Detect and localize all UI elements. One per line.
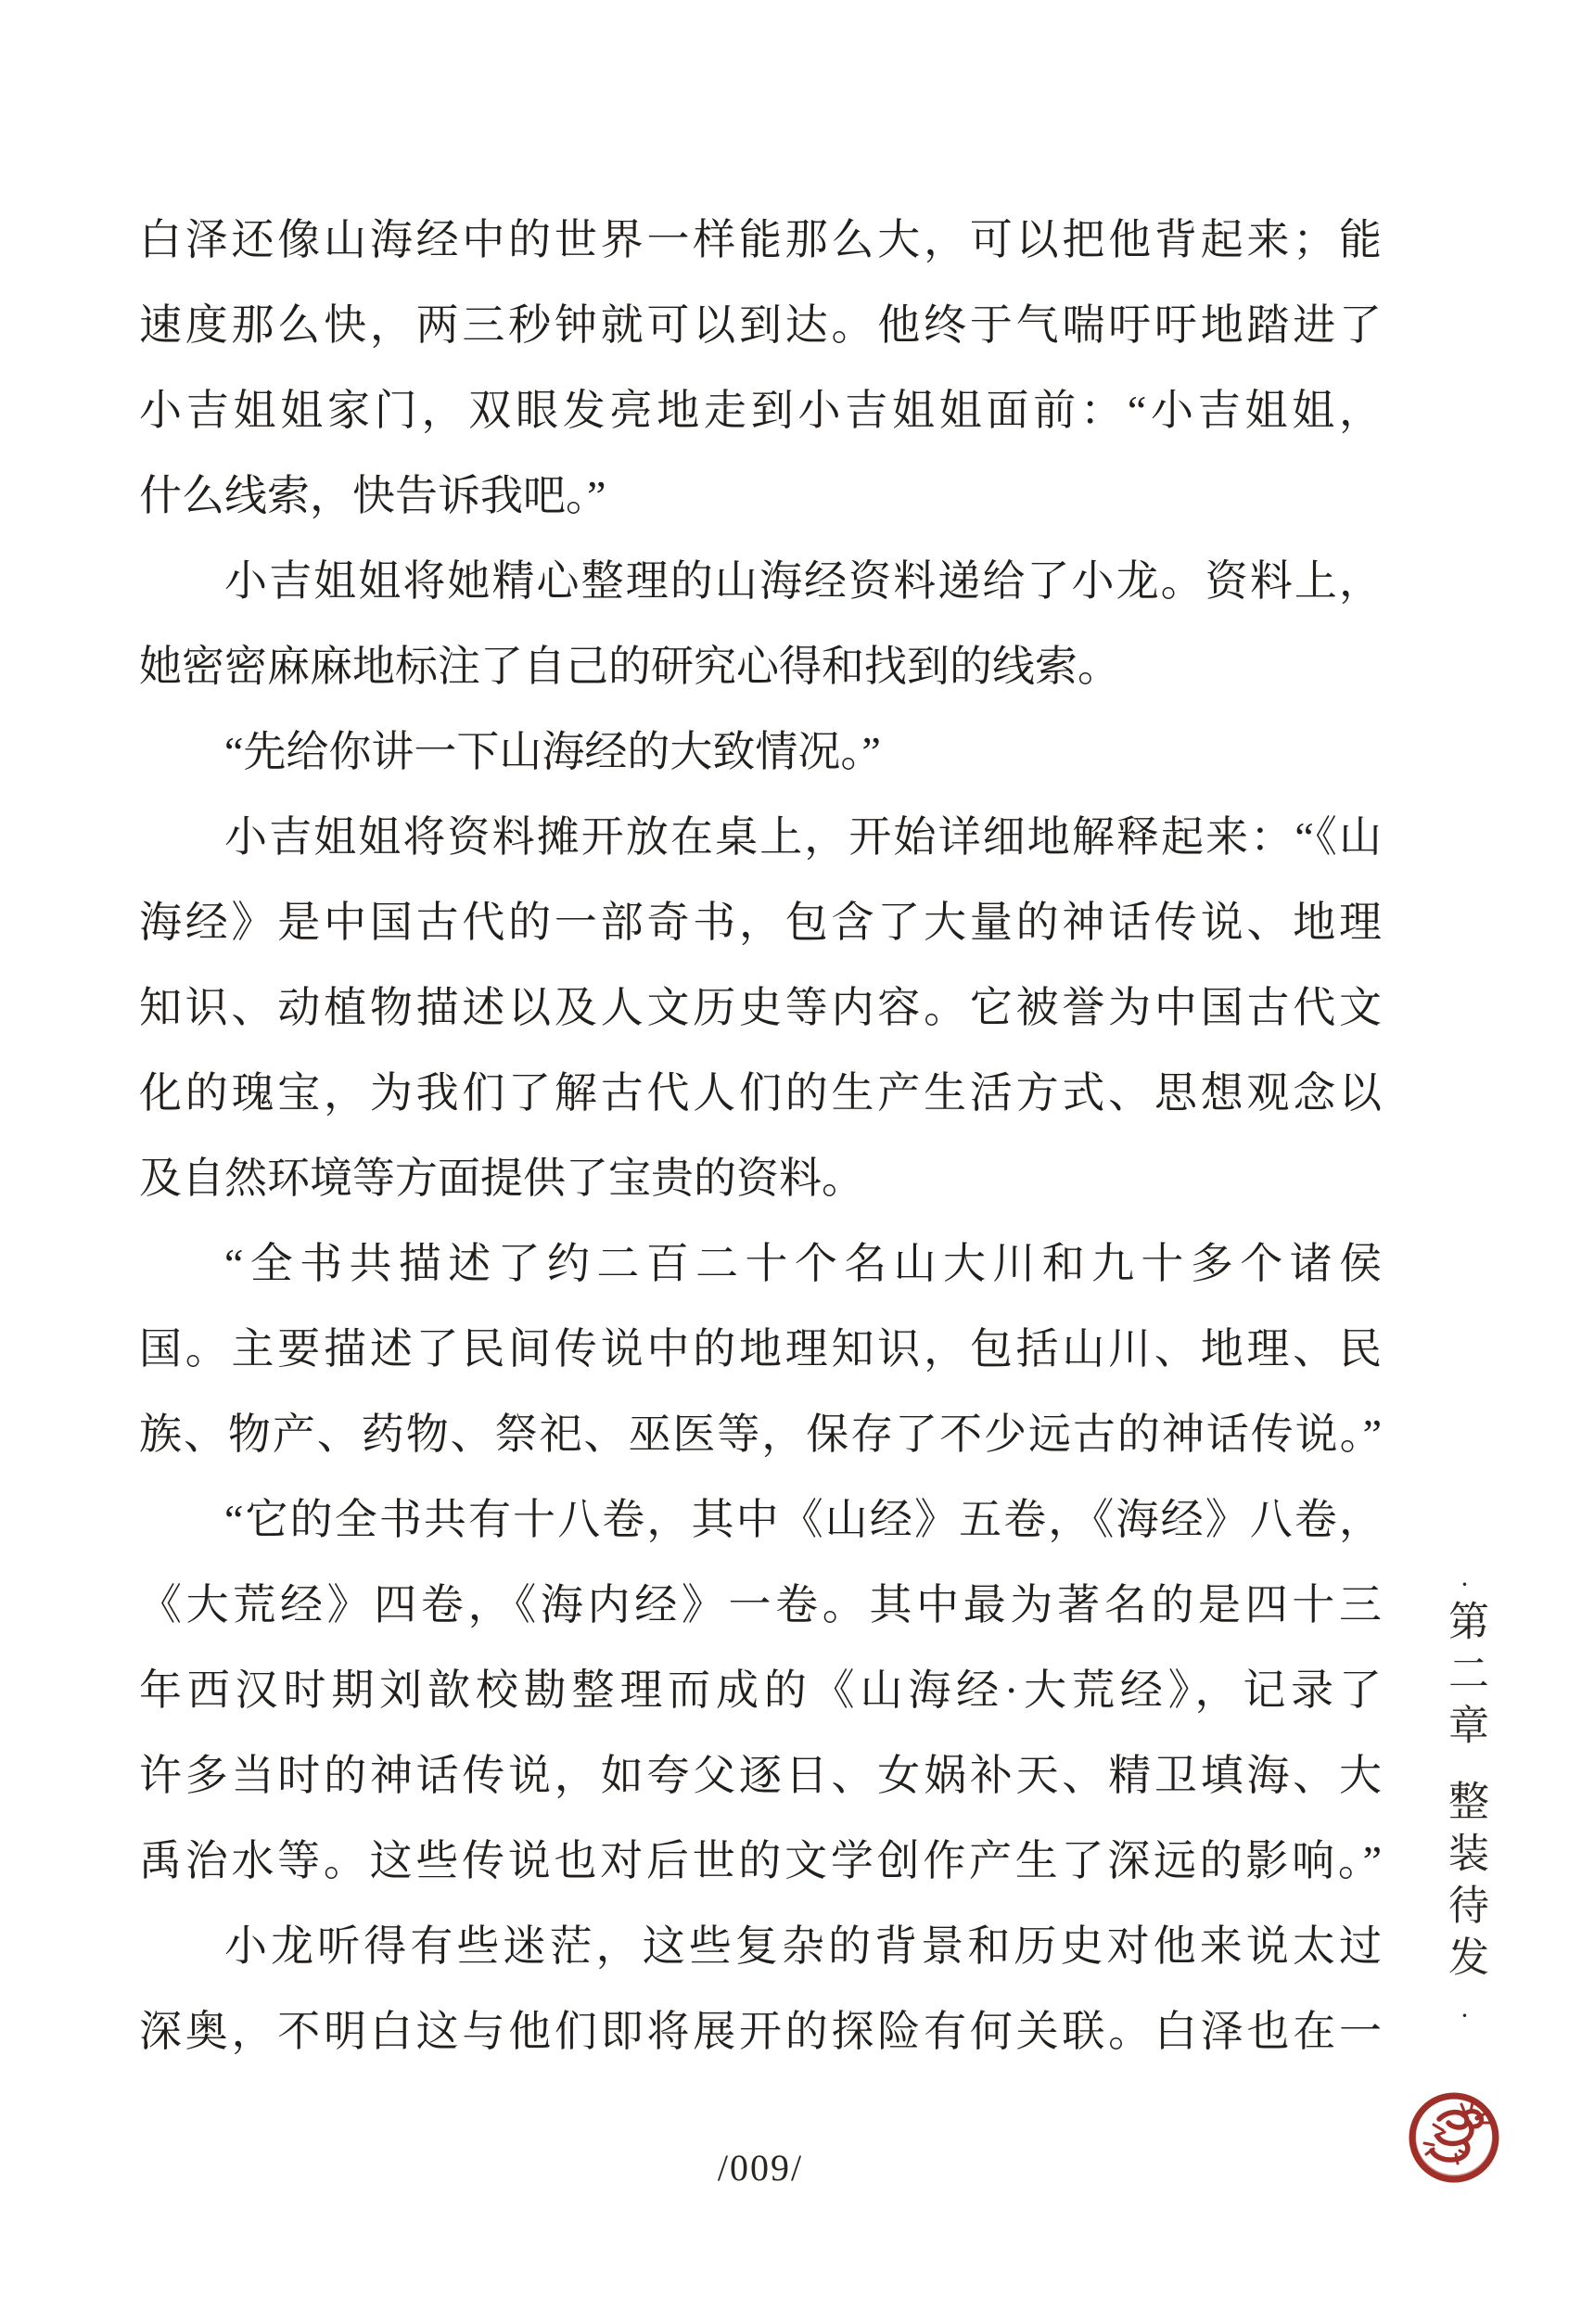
text-line: 及自然环境等方面提供了宝贵的资料。: [139, 1136, 1382, 1221]
chapter-sidebar: ·第二章整装待发·: [1437, 1569, 1491, 2070]
text-line: 小龙听得有些迷茫，这些复杂的背景和历史对他来说太过: [139, 1904, 1382, 1989]
text-line: 知识、动植物描述以及人文历史等内容。它被誉为中国古代文: [139, 965, 1382, 1051]
body-text: 白泽还像山海经中的世界一样能那么大，可以把他背起来；能速度那么快，两三秒钟就可以…: [139, 198, 1382, 2075]
book-page: 白泽还像山海经中的世界一样能那么大，可以把他背起来；能速度那么快，两三秒钟就可以…: [0, 0, 1594, 2324]
text-line: 年西汉时期刘歆校勘整理而成的《山海经·大荒经》，记录了: [139, 1648, 1382, 1733]
section-label: 整装待发: [1442, 1780, 1487, 1987]
chapter-label: 第二章: [1442, 1600, 1487, 1756]
dragon-seal-icon: [1406, 2089, 1502, 2186]
text-line: 禹治水等。这些传说也对后世的文学创作产生了深远的影响。”: [139, 1819, 1382, 1904]
sidebar-top-dot-icon: ·: [1449, 1569, 1480, 1600]
sidebar-bottom-dot-icon: ·: [1449, 2000, 1480, 2031]
text-line: 小吉姐姐家门，双眼发亮地走到小吉姐姐面前：“小吉姐姐，: [139, 368, 1382, 453]
text-line: 国。主要描述了民间传说中的地理知识，包括山川、地理、民: [139, 1307, 1382, 1392]
text-line: 化的瑰宝，为我们了解古代人们的生产生活方式、思想观念以: [139, 1051, 1382, 1136]
text-line: 深奥，不明白这与他们即将展开的探险有何关联。白泽也在一: [139, 1989, 1382, 2075]
text-line: “全书共描述了约二百二十个名山大川和九十多个诸侯: [139, 1221, 1382, 1307]
text-line: 许多当时的神话传说，如夸父逐日、女娲补天、精卫填海、大: [139, 1733, 1382, 1819]
text-line: 小吉姐姐将她精心整理的山海经资料递给了小龙。资料上，: [139, 539, 1382, 624]
text-line: 速度那么快，两三秒钟就可以到达。他终于气喘吁吁地踏进了: [139, 283, 1382, 368]
text-line: “先给你讲一下山海经的大致情况。”: [139, 709, 1382, 795]
text-line: 什么线索，快告诉我吧。”: [139, 453, 1382, 539]
text-line: 《大荒经》四卷，《海内经》一卷。其中最为著名的是四十三: [139, 1563, 1382, 1648]
text-line: “它的全书共有十八卷，其中《山经》五卷，《海经》八卷，: [139, 1477, 1382, 1563]
text-line: 小吉姐姐将资料摊开放在桌上，开始详细地解释起来：“《山: [139, 795, 1382, 880]
text-line: 族、物产、药物、祭祀、巫医等，保存了不少远古的神话传说。”: [139, 1392, 1382, 1477]
text-line: 海经》是中国古代的一部奇书，包含了大量的神话传说、地理: [139, 880, 1382, 965]
text-line: 她密密麻麻地标注了自己的研究心得和找到的线索。: [139, 624, 1382, 709]
page-number: /009/: [139, 2146, 1382, 2190]
text-line: 白泽还像山海经中的世界一样能那么大，可以把他背起来；能: [139, 198, 1382, 283]
